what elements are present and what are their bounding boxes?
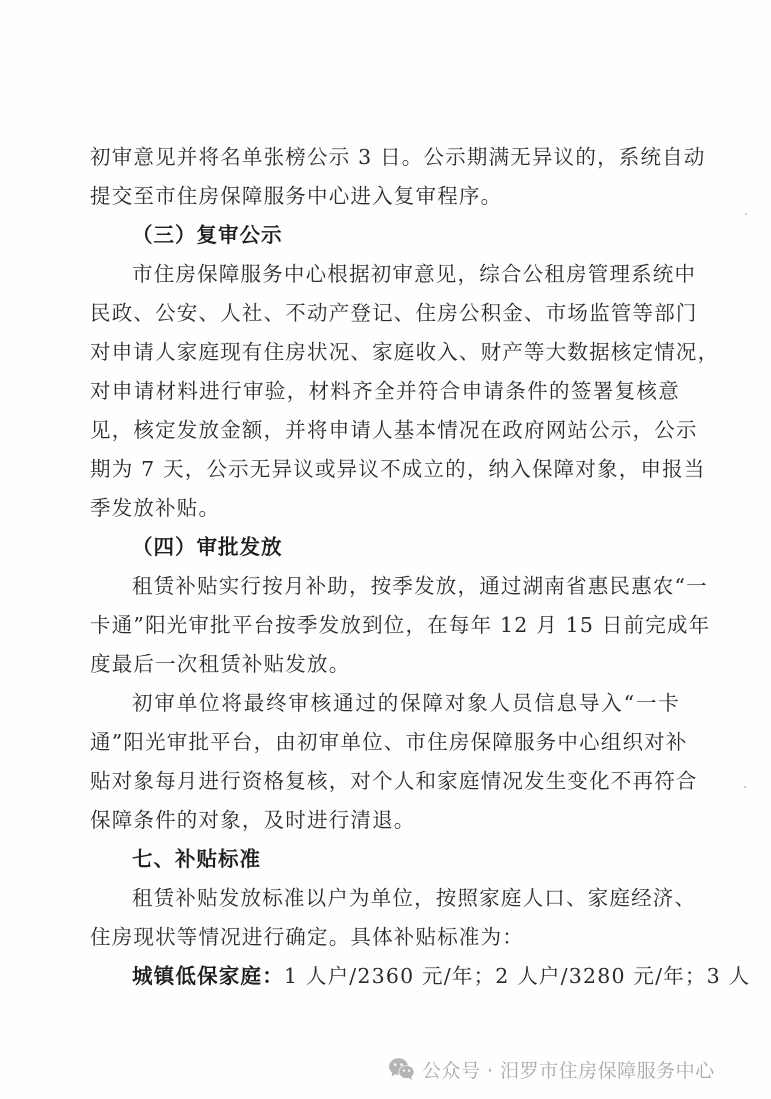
paragraph-line: 租赁补贴实行按月补助，按季发放，通过湖南省惠民惠农“一 — [90, 567, 680, 606]
wechat-account-watermark: 公众号 · 汨罗市住房保障服务中心 — [388, 1052, 715, 1086]
section-heading: （四）审批发放 — [90, 528, 680, 567]
paragraph-line: 保障条件的对象，及时进行清退。 — [90, 801, 680, 840]
document-page: 初审意见并将名单张榜公示 3 日。公示期满无异议的，系统自动提交至市住房保障服务… — [90, 138, 680, 996]
paragraph-line: 见，核定发放金额，并将申请人基本情况在政府网站公示，公示 — [90, 411, 680, 450]
paragraph-line: 卡通”阳光审批平台按季发放到位，在每年 12 月 15 日前完成年 — [90, 606, 680, 645]
scan-speck — [389, 822, 391, 824]
paragraph-line: 季发放补贴。 — [90, 489, 680, 528]
paragraph-line: 住房现状等情况进行确定。具体补贴标准为： — [90, 918, 680, 957]
paragraph-line: 期为 7 天，公示无异议或异议不成立的，纳入保障对象，申报当 — [90, 450, 680, 489]
section-heading: （三）复审公示 — [90, 216, 680, 255]
category-rates: 1 人户/2360 元/年；2 人户/3280 元/年；3 人 — [284, 964, 750, 988]
watermark-label: 公众号 · 汨罗市住房保障服务中心 — [422, 1056, 715, 1083]
paragraph-line: 民政、公安、人社、不动产登记、住房公积金、市场监管等部门 — [90, 294, 680, 333]
paragraph-line: 市住房保障服务中心根据初审意见，综合公租房管理系统中 — [90, 255, 680, 294]
scan-speck — [744, 786, 746, 788]
paragraph-line: 通”阳光审批平台，由初审单位、市住房保障服务中心组织对补 — [90, 723, 680, 762]
paragraph-line: 度最后一次租赁补贴发放。 — [90, 645, 680, 684]
section-heading: 七、补贴标准 — [90, 840, 680, 879]
paragraph-line: 初审意见并将名单张榜公示 3 日。公示期满无异议的，系统自动 — [90, 138, 680, 177]
category-label: 城镇低保家庭： — [132, 964, 284, 988]
paragraph-line: 对申请人家庭现有住房状况、家庭收入、财产等大数据核定情况， — [90, 333, 680, 372]
paragraph-line: 贴对象每月进行资格复核，对个人和家庭情况发生变化不再符合 — [90, 762, 680, 801]
paragraph-line: 租赁补贴发放标准以户为单位，按照家庭人口、家庭经济、 — [90, 879, 680, 918]
wechat-icon — [388, 1057, 416, 1081]
paragraph-line: 提交至市住房保障服务中心进入复审程序。 — [90, 177, 680, 216]
paragraph-line: 初审单位将最终审核通过的保障对象人员信息导入“一卡 — [90, 684, 680, 723]
paragraph-line: 对申请材料进行审验，材料齐全并符合申请条件的签署复核意 — [90, 372, 680, 411]
subsidy-standard-line: 城镇低保家庭：1 人户/2360 元/年；2 人户/3280 元/年；3 人 — [90, 957, 680, 996]
scan-speck — [745, 213, 747, 215]
